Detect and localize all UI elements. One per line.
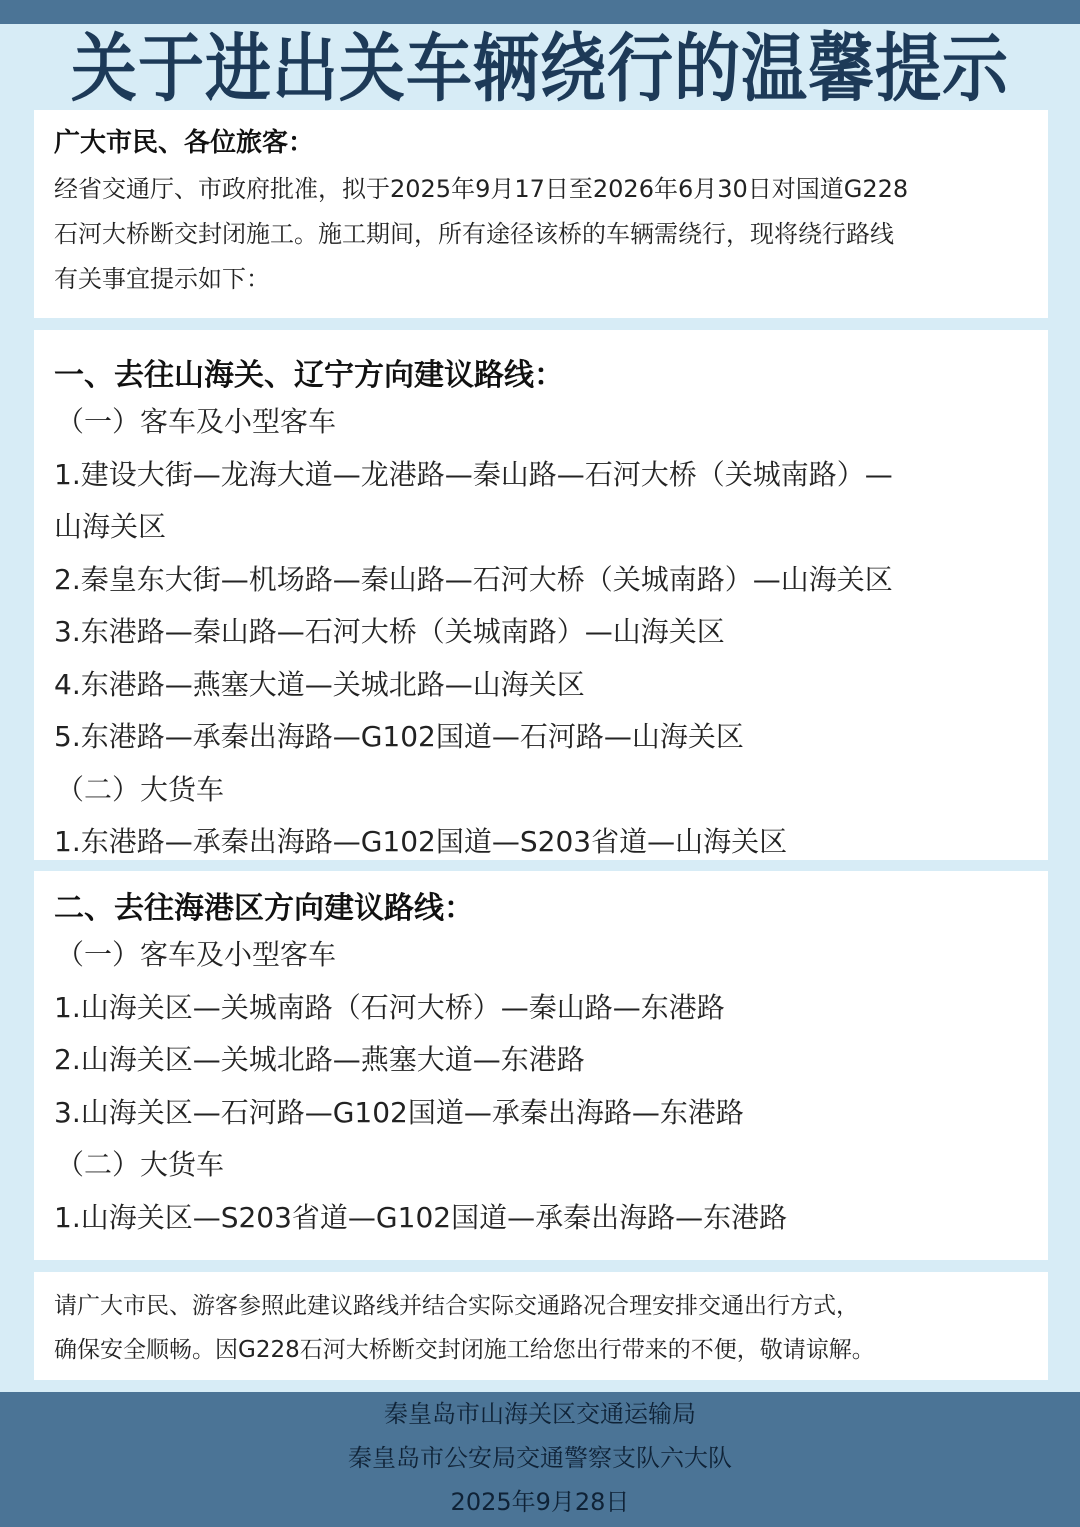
route-item: 2.秦皇东大街—机场路—秦山路—石河大桥（关城南路）—山海关区 bbox=[54, 554, 1048, 607]
closing-line: 确保安全顺畅。因G228石河大桥断交封闭施工给您出行带来的不便，敬请谅解。 bbox=[54, 1328, 1048, 1372]
route-item: 3.东港路—秦山路—石河大桥（关城南路）—山海关区 bbox=[54, 606, 1048, 659]
closing-panel: 请广大市民、游客参照此建议路线并结合实际交通路况合理安排交通出行方式， 确保安全… bbox=[34, 1272, 1048, 1380]
route-item: 4.东港路—燕塞大道—关城北路—山海关区 bbox=[54, 659, 1048, 712]
route-item: 1.建设大街—龙海大道—龙港路—秦山路—石河大桥（关城南路）— bbox=[54, 449, 1048, 502]
subheading-trucks: （二）大货车 bbox=[54, 1139, 1048, 1192]
page-title: 关于进出关车辆绕行的温馨提示 bbox=[0, 21, 1080, 115]
intro-text: 经省交通厅、市政府批准，拟于2025年9月17日至2026年6月30日对国道G2… bbox=[54, 167, 1048, 302]
route-item: 2.山海关区—关城北路—燕塞大道—东港路 bbox=[54, 1034, 1048, 1087]
route-item: 1.山海关区—S203省道—G102国道—承秦出海路—东港路 bbox=[54, 1192, 1048, 1245]
section-shanhaiguan-panel: 一、去往山海关、辽宁方向建议路线： （一）客车及小型客车 1.建设大街—龙海大道… bbox=[34, 330, 1048, 860]
section-heading: 一、去往山海关、辽宁方向建议路线： bbox=[54, 356, 1048, 396]
route-item: 3.山海关区—石河路—G102国道—承秦出海路—东港路 bbox=[54, 1087, 1048, 1140]
intro-line: 有关事宜提示如下： bbox=[54, 257, 1048, 302]
greeting: 广大市民、各位旅客： bbox=[54, 128, 1048, 158]
intro-panel: 广大市民、各位旅客： 经省交通厅、市政府批准，拟于2025年9月17日至2026… bbox=[34, 110, 1048, 318]
subheading-cars: （一）客车及小型客车 bbox=[54, 929, 1048, 982]
subheading-trucks: （二）大货车 bbox=[54, 764, 1048, 817]
footer: 秦皇岛市山海关区交通运输局 秦皇岛市公安局交通警察支队六大队 2025年9月28… bbox=[0, 1392, 1080, 1527]
section-heading: 二、去往海港区方向建议路线： bbox=[54, 889, 1048, 929]
issuer-transport-bureau: 秦皇岛市山海关区交通运输局 bbox=[0, 1392, 1080, 1436]
intro-line: 经省交通厅、市政府批准，拟于2025年9月17日至2026年6月30日对国道G2… bbox=[54, 167, 1048, 212]
route-item: 5.东港路—承秦出海路—G102国道—石河路—山海关区 bbox=[54, 711, 1048, 764]
route-item: 山海关区 bbox=[54, 501, 1048, 554]
intro-line: 石河大桥断交封闭施工。施工期间，所有途径该桥的车辆需绕行，现将绕行路线 bbox=[54, 212, 1048, 257]
issue-date: 2025年9月28日 bbox=[0, 1480, 1080, 1524]
route-item: 1.东港路—承秦出海路—G102国道—S203省道—山海关区 bbox=[54, 816, 1048, 869]
closing-text: 请广大市民、游客参照此建议路线并结合实际交通路况合理安排交通出行方式， 确保安全… bbox=[54, 1284, 1048, 1372]
section-haigang-panel: 二、去往海港区方向建议路线： （一）客车及小型客车 1.山海关区—关城南路（石河… bbox=[34, 871, 1048, 1260]
closing-line: 请广大市民、游客参照此建议路线并结合实际交通路况合理安排交通出行方式， bbox=[54, 1284, 1048, 1328]
subheading-cars: （一）客车及小型客车 bbox=[54, 396, 1048, 449]
route-item: 1.山海关区—关城南路（石河大桥）—秦山路—东港路 bbox=[54, 982, 1048, 1035]
issuer-traffic-police: 秦皇岛市公安局交通警察支队六大队 bbox=[0, 1436, 1080, 1480]
